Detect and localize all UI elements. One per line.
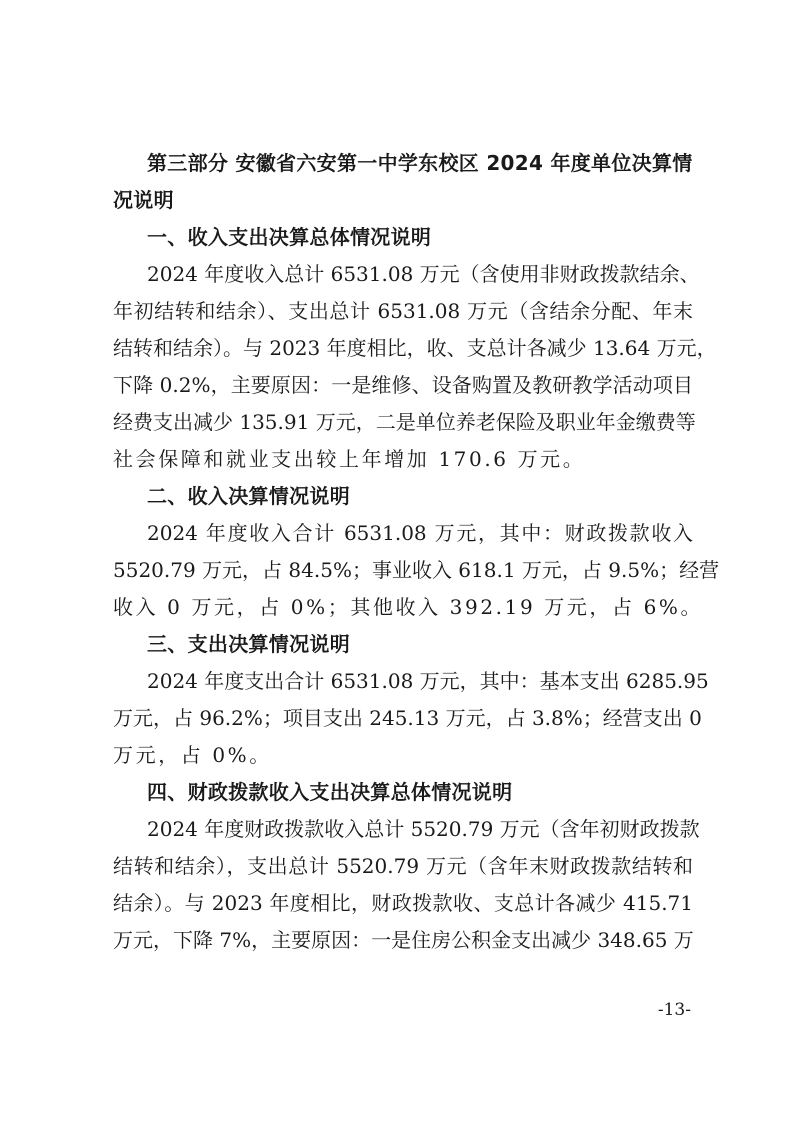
section-heading-1: 一、收入支出决算总体情况说明 <box>113 219 693 256</box>
paragraph-line: 结转和结余），支出总计 5520.79 万元（含年末财政拨款结转和 <box>113 848 693 885</box>
paragraph-line: 收入 0 万元，占 0%；其他收入 392.19 万元，占 6%。 <box>113 589 693 626</box>
paragraph-line: 万元，占 96.2%；项目支出 245.13 万元，占 3.8%；经营支出 0 <box>113 700 693 737</box>
section-heading-3: 三、支出决算情况说明 <box>113 626 693 663</box>
paragraph-line: 下降 0.2%，主要原因：一是维修、设备购置及教研教学活动项目 <box>113 367 693 404</box>
part-title-line-1: 第三部分 安徽省六安第一中学东校区 2024 年度单位决算情 <box>113 145 693 182</box>
paragraph-line: 结余）。与 2023 年度相比，财政拨款收、支总计各减少 415.71 <box>113 885 693 922</box>
paragraph-line: 结转和结余）。与 2023 年度相比，收、支总计各减少 13.64 万元， <box>113 330 693 367</box>
paragraph-line: 2024 年度收入合计 6531.08 万元，其中：财政拨款收入 <box>113 515 693 552</box>
page-number: -13- <box>658 1000 691 1020</box>
paragraph-line: 万元，下降 7%，主要原因：一是住房公积金支出减少 348.65 万 <box>113 922 693 959</box>
paragraph-line: 5520.79 万元，占 84.5%；事业收入 618.1 万元，占 9.5%；… <box>113 552 693 589</box>
section-heading-2: 二、收入决算情况说明 <box>113 478 693 515</box>
paragraph-line: 万元，占 0%。 <box>113 737 693 774</box>
paragraph-line: 2024 年度支出合计 6531.08 万元，其中：基本支出 6285.95 <box>113 663 693 700</box>
paragraph-line: 2024 年度收入总计 6531.08 万元（含使用非财政拨款结余、 <box>113 256 693 293</box>
section-heading-4: 四、财政拨款收入支出决算总体情况说明 <box>113 774 693 811</box>
paragraph-line: 社会保障和就业支出较上年增加 170.6 万元。 <box>113 441 693 478</box>
part-title-line-2: 况说明 <box>113 182 693 219</box>
document-page: 第三部分 安徽省六安第一中学东校区 2024 年度单位决算情 况说明 一、收入支… <box>113 145 693 959</box>
paragraph-line: 年初结转和结余）、支出总计 6531.08 万元（含结余分配、年末 <box>113 293 693 330</box>
paragraph-line: 2024 年度财政拨款收入总计 5520.79 万元（含年初财政拨款 <box>113 811 693 848</box>
paragraph-line: 经费支出减少 135.91 万元，二是单位养老保险及职业年金缴费等 <box>113 404 693 441</box>
